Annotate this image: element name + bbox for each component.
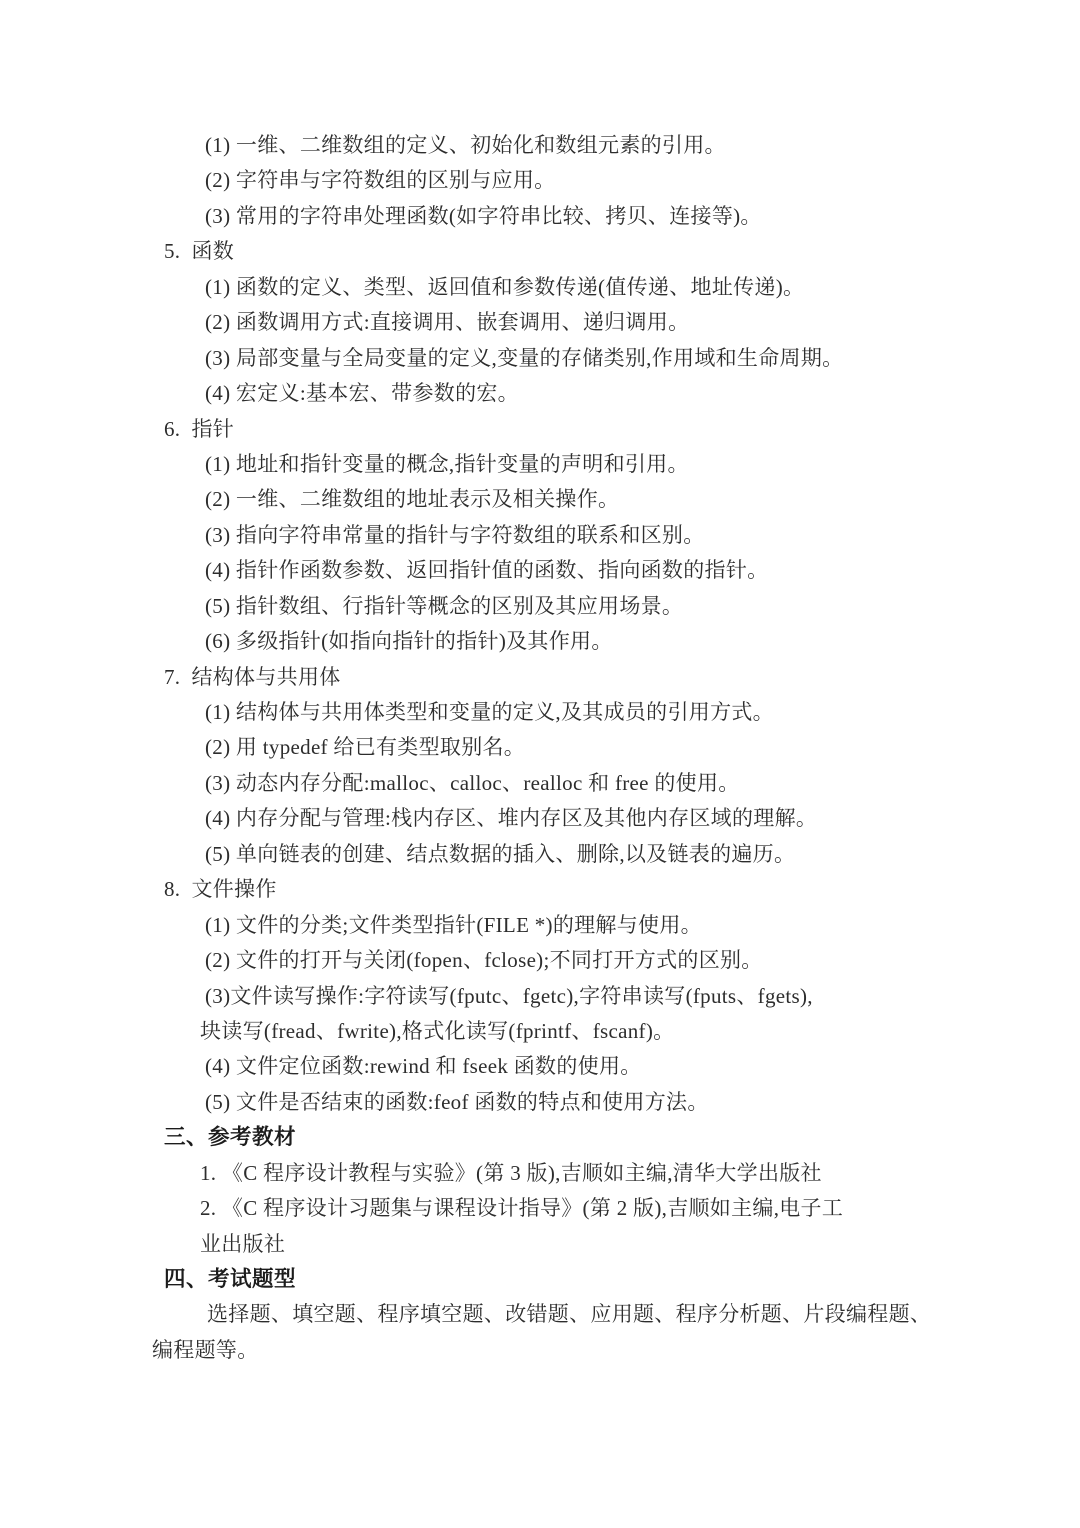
outline-item: (3) 指向字符串常量的指针与字符数组的联系和区别。 — [0, 518, 1080, 553]
paragraph-line: 选择题、填空题、程序填空题、改错题、应用题、程序分析题、片段编程题、 — [0, 1297, 1080, 1332]
outline-item: (1) 结构体与共用体类型和变量的定义,及其成员的引用方式。 — [0, 695, 1080, 730]
section-heading: 四、考试题型 — [0, 1262, 1080, 1297]
outline-item: (2) 一维、二维数组的地址表示及相关操作。 — [0, 482, 1080, 517]
outline-item: (5) 单向链表的创建、结点数据的插入、删除,以及链表的遍历。 — [0, 837, 1080, 872]
outline-item: (2) 用 typedef 给已有类型取别名。 — [0, 730, 1080, 765]
outline-item: (2) 函数调用方式:直接调用、嵌套调用、递归调用。 — [0, 305, 1080, 340]
reference-item: 2. 《C 程序设计习题集与课程设计指导》(第 2 版),吉顺如主编,电子工 — [0, 1191, 1080, 1226]
outline-section: 8. 文件操作 — [0, 872, 1080, 907]
wrapped-text-line: 业出版社 — [0, 1227, 1080, 1262]
outline-item: (3)文件读写操作:字符读写(fputc、fgetc),字符串读写(fputs、… — [0, 979, 1080, 1014]
outline-item: (1) 一维、二维数组的定义、初始化和数组元素的引用。 — [0, 128, 1080, 163]
outline-item: (1) 文件的分类;文件类型指针(FILE *)的理解与使用。 — [0, 908, 1080, 943]
outline-item: (4) 指针作函数参数、返回指针值的函数、指向函数的指针。 — [0, 553, 1080, 588]
outline-item: (2) 文件的打开与关闭(fopen、fclose);不同打开方式的区别。 — [0, 943, 1080, 978]
outline-section: 7. 结构体与共用体 — [0, 660, 1080, 695]
outline-item: (4) 宏定义:基本宏、带参数的宏。 — [0, 376, 1080, 411]
outline-item: (3) 动态内存分配:malloc、calloc、realloc 和 free … — [0, 766, 1080, 801]
outline-item: (4) 文件定位函数:rewind 和 fseek 函数的使用。 — [0, 1049, 1080, 1084]
outline-item: (1) 函数的定义、类型、返回值和参数传递(值传递、地址传递)。 — [0, 270, 1080, 305]
document-page: (1) 一维、二维数组的定义、初始化和数组元素的引用。 (2) 字符串与字符数组… — [0, 0, 1080, 1528]
document-body: (1) 一维、二维数组的定义、初始化和数组元素的引用。 (2) 字符串与字符数组… — [0, 128, 1080, 1368]
paragraph-line: 编程题等。 — [0, 1333, 1080, 1368]
reference-item: 1. 《C 程序设计教程与实验》(第 3 版),吉顺如主编,清华大学出版社 — [0, 1156, 1080, 1191]
wrapped-text-line: 块读写(fread、fwrite),格式化读写(fprintf、fscanf)。 — [0, 1014, 1080, 1049]
outline-item: (6) 多级指针(如指向指针的指针)及其作用。 — [0, 624, 1080, 659]
outline-item: (2) 字符串与字符数组的区别与应用。 — [0, 163, 1080, 198]
outline-item: (4) 内存分配与管理:栈内存区、堆内存区及其他内存区域的理解。 — [0, 801, 1080, 836]
outline-section: 6. 指针 — [0, 412, 1080, 447]
outline-item: (3) 局部变量与全局变量的定义,变量的存储类别,作用域和生命周期。 — [0, 341, 1080, 376]
section-heading: 三、参考教材 — [0, 1120, 1080, 1155]
outline-item: (5) 文件是否结束的函数:feof 函数的特点和使用方法。 — [0, 1085, 1080, 1120]
outline-item: (1) 地址和指针变量的概念,指针变量的声明和引用。 — [0, 447, 1080, 482]
outline-item: (5) 指针数组、行指针等概念的区别及其应用场景。 — [0, 589, 1080, 624]
outline-section: 5. 函数 — [0, 234, 1080, 269]
outline-item: (3) 常用的字符串处理函数(如字符串比较、拷贝、连接等)。 — [0, 199, 1080, 234]
